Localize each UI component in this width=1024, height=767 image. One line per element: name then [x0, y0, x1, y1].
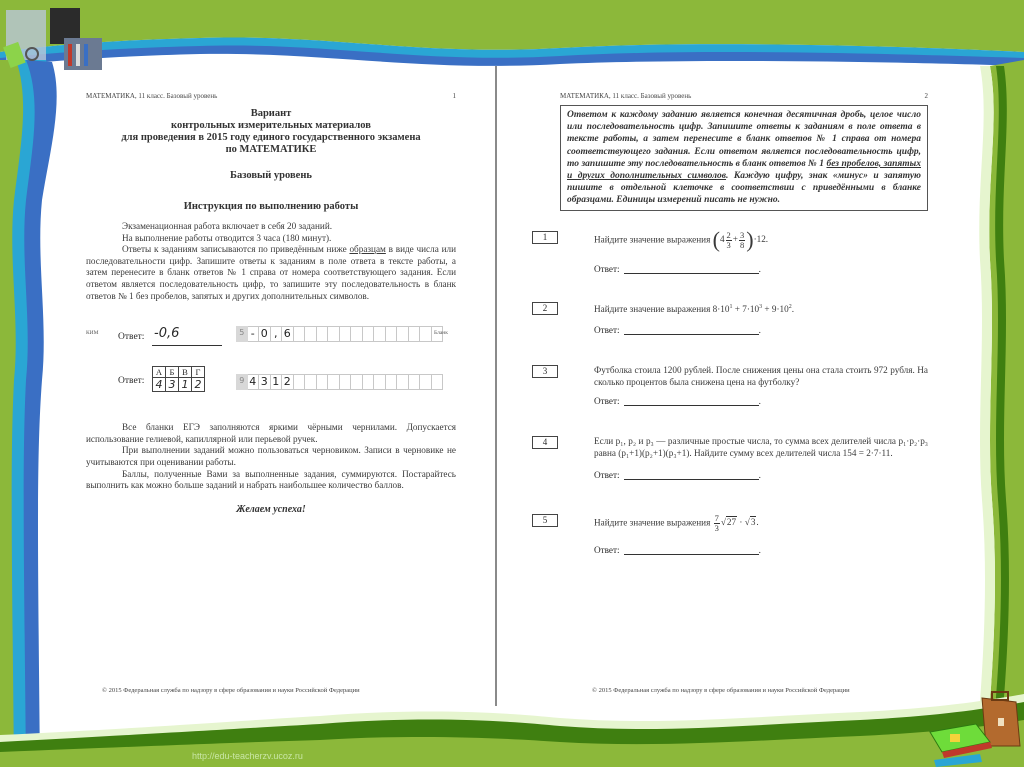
answer-input-line[interactable]: [624, 325, 759, 335]
task-text: Футболка стоила 1200 рублей. После сниже…: [594, 365, 928, 388]
matching-answer-table: А Б В Г 4 3 1 2: [152, 366, 205, 392]
answer-label: Ответ:: [594, 545, 620, 555]
handwritten-answer: -0,6: [152, 326, 222, 346]
page-number: 1: [453, 92, 457, 100]
answer-label: Ответ:: [594, 325, 620, 335]
table-cell: 2: [192, 378, 205, 392]
task-text: Найдите значение выражения 8·101 + 7·103…: [594, 302, 928, 316]
answer-line: Ответ:.: [594, 470, 928, 480]
task-number: 1: [532, 231, 558, 244]
task-text: Найдите значение выражения (423+38)·12.: [594, 231, 928, 250]
running-head: МАТЕМАТИКА, 11 класс. Базовый уровень 2: [560, 92, 928, 100]
answer-cell: [397, 326, 409, 342]
answer-cell: [305, 326, 317, 342]
table-header: Б: [166, 367, 179, 378]
running-head: МАТЕМАТИКА, 11 класс. Базовый уровень 1: [86, 92, 456, 100]
instructions-heading: Инструкция по выполнению работы: [86, 201, 456, 212]
task-text: Если p₁, p₂ и p₃ — различные простые чис…: [594, 436, 928, 459]
briefcase-books-clipart: [920, 690, 1024, 767]
answer-cell: 4: [248, 374, 260, 390]
answer-line: Ответ:.: [594, 264, 928, 274]
table-cell: 4: [153, 378, 166, 392]
rules-text: Все бланки ЕГЭ заполняются яркими чёрным…: [86, 422, 456, 492]
answer-cell: 0: [259, 326, 271, 342]
answer-label: Ответ:: [118, 376, 144, 386]
answer-sample-sequence: Ответ: А Б В Г 4 3 1 2 94312: [86, 364, 456, 404]
answer-cell: ,: [271, 326, 283, 342]
page-divider: [495, 66, 497, 706]
table-cell: 1: [179, 378, 192, 392]
document-title: Вариант контрольных измерительных матери…: [86, 108, 456, 156]
answer-form-cells: 94312: [236, 374, 443, 390]
task-number-cell: 9: [236, 374, 248, 390]
answer-label: Ответ:: [594, 396, 620, 406]
answer-label: Ответ:: [594, 470, 620, 480]
answer-cell: [374, 326, 386, 342]
task-number: 2: [532, 302, 558, 315]
answer-cell: [294, 374, 306, 390]
paragraph: При выполнении заданий можно пользоватьс…: [86, 445, 456, 468]
level-heading: Базовый уровень: [86, 170, 456, 181]
answer-cell: [351, 326, 363, 342]
running-head-title: МАТЕМАТИКА, 11 класс. Базовый уровень: [86, 92, 217, 100]
paragraph: Ответы к заданиям записываются по привед…: [86, 244, 456, 302]
answer-cell: [386, 374, 398, 390]
math-expression: (423+38)·12.: [713, 234, 768, 244]
answer-cell: [317, 326, 329, 342]
exam-page-1: МАТЕМАТИКА, 11 класс. Базовый уровень 1 …: [86, 92, 456, 515]
footer-url[interactable]: http://edu-teacherzv.ucoz.ru: [192, 751, 303, 761]
paragraph: На выполнение работы отводится 3 часа (1…: [86, 233, 456, 245]
answer-cell: [374, 374, 386, 390]
answer-sample-decimal: КИМ Ответ: -0,6 5-0,6 Бланк: [86, 318, 456, 358]
answer-input-line[interactable]: [624, 545, 759, 555]
good-luck-text: Желаем успеха!: [86, 504, 456, 515]
answer-label: Ответ:: [594, 264, 620, 274]
answer-cell: [305, 374, 317, 390]
kim-label: КИМ: [86, 330, 99, 336]
answer-cell: 2: [282, 374, 294, 390]
text: Ответы к заданиям записываются по привед…: [122, 244, 349, 254]
title-line: для проведения в 2015 году единого госуд…: [86, 132, 456, 144]
exam-page-2: МАТЕМАТИКА, 11 класс. Базовый уровень 2 …: [560, 92, 928, 555]
task-4: 4 Если p₁, p₂ и p₃ — различные простые ч…: [560, 436, 928, 479]
answer-cell: [328, 326, 340, 342]
answer-cell: [351, 374, 363, 390]
school-supplies-clipart: [2, 4, 102, 70]
table-cell: 3: [166, 378, 179, 392]
copyright-footer: © 2015 Федеральная служба по надзору в с…: [592, 687, 850, 694]
instructions-text: Экзаменационная работа включает в себя 2…: [86, 221, 456, 302]
task-prompt: Найдите значение выражения: [594, 517, 710, 527]
answer-cell: 6: [282, 326, 294, 342]
math-expression: 73√27 · √3.: [713, 517, 759, 527]
answer-cell: [294, 326, 306, 342]
task-1: 1 Найдите значение выражения (423+38)·12…: [560, 231, 928, 274]
answer-cell: [386, 326, 398, 342]
table-header: А: [153, 367, 166, 378]
task-3: 3 Футболка стоила 1200 рублей. После сни…: [560, 365, 928, 406]
table-header: Г: [192, 367, 205, 378]
paragraph: Экзаменационная работа включает в себя 2…: [86, 221, 456, 233]
answer-input-line[interactable]: [624, 396, 759, 406]
task-text: Найдите значение выражения 73√27 · √3.: [594, 514, 928, 533]
running-head-title: МАТЕМАТИКА, 11 класс. Базовый уровень: [560, 92, 691, 100]
task-prompt: Найдите значение выражения: [594, 304, 710, 314]
answer-line: Ответ:.: [594, 545, 928, 555]
answer-line: Ответ:.: [594, 325, 928, 335]
answer-input-line[interactable]: [624, 470, 759, 480]
answer-cell: -: [248, 326, 260, 342]
samples-link: образцам: [349, 244, 385, 254]
page-number: 2: [925, 92, 929, 100]
math-expression: 8·101 + 7·103 + 9·102.: [713, 304, 794, 314]
answer-cell: [420, 326, 432, 342]
answer-line: Ответ:.: [594, 396, 928, 406]
task-5: 5 Найдите значение выражения 73√27 · √3.…: [560, 514, 928, 555]
copyright-footer: © 2015 Федеральная служба по надзору в с…: [102, 687, 360, 694]
answer-input-line[interactable]: [624, 264, 759, 274]
task-2: 2 Найдите значение выражения 8·101 + 7·1…: [560, 302, 928, 336]
paragraph: Баллы, полученные Вами за выполненные за…: [86, 469, 456, 492]
answer-cell: [397, 374, 409, 390]
answer-cell: [363, 374, 375, 390]
answer-cell: [317, 374, 329, 390]
answer-cell: [328, 374, 340, 390]
task-number: 3: [532, 365, 558, 378]
answer-cell: [409, 374, 421, 390]
task-number-cell: 5: [236, 326, 248, 342]
answer-form-cells: 5-0,6: [236, 326, 443, 342]
answer-label: Ответ:: [118, 332, 144, 342]
answer-cell: [363, 326, 375, 342]
title-line: Вариант: [86, 108, 456, 120]
answer-cell: 3: [259, 374, 271, 390]
task-number: 5: [532, 514, 558, 527]
title-line: по МАТЕМАТИКЕ: [86, 144, 456, 156]
task-prompt: Найдите значение выражения: [594, 234, 710, 244]
task-number: 4: [532, 436, 558, 449]
answer-cell: [409, 326, 421, 342]
answer-cell: [340, 326, 352, 342]
blank-label: Бланк: [434, 330, 448, 336]
answer-cell: [432, 374, 444, 390]
answer-cell: [420, 374, 432, 390]
answer-instructions-box: Ответом к каждому заданию является конеч…: [560, 105, 928, 211]
paragraph: Все бланки ЕГЭ заполняются яркими чёрным…: [86, 422, 456, 445]
table-header: В: [179, 367, 192, 378]
answer-cell: 1: [271, 374, 283, 390]
answer-cell: [340, 374, 352, 390]
title-line: контрольных измерительных материалов: [86, 120, 456, 132]
